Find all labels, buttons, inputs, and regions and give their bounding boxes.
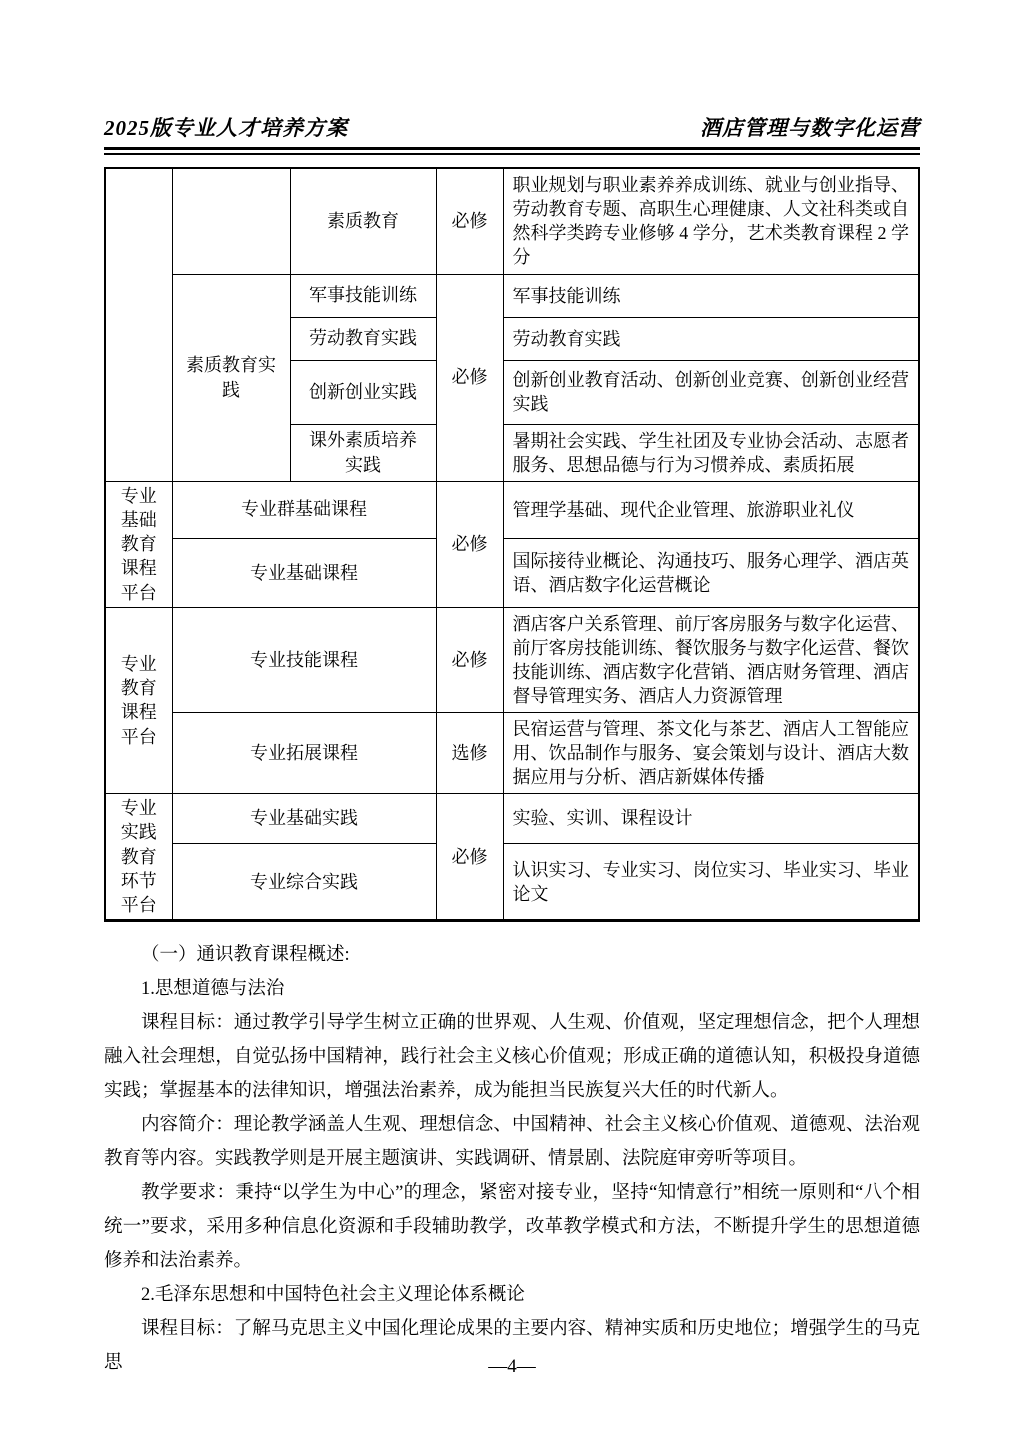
courses-cell: 创新创业教育活动、创新创业竞赛、创新创业经营实践	[503, 360, 919, 424]
courses-cell: 认识实习、专业实习、岗位实习、毕业实习、毕业论文	[503, 843, 919, 921]
paragraph-course-1-title: 1.思想道德与法治	[104, 972, 920, 1006]
table-row: 专业教育课程平台 专业技能课程 必修 酒店客户关系管理、前厅客房服务与数字化运营…	[105, 607, 919, 712]
courses-cell: 劳动教育实践	[503, 317, 919, 360]
table-row: 素质教育实践 军事技能训练 必修 军事技能训练	[105, 274, 919, 317]
type-cell: 必修	[436, 168, 503, 274]
type-cell: 必修	[436, 793, 503, 920]
page-header: 2025版专业人才培养方案 酒店管理与数字化运营	[104, 0, 920, 142]
courses-cell: 职业规划与职业素养养成训练、就业与创业指导、劳动教育专题、高职生心理健康、人文社…	[503, 168, 919, 274]
courses-cell: 管理学基础、现代企业管理、旅游职业礼仪	[503, 481, 919, 538]
courses-cell: 国际接待业概论、沟通技巧、服务心理学、酒店英语、酒店数字化运营概论	[503, 538, 919, 607]
category-cell: 专业基础课程	[172, 538, 436, 607]
table-row: 专业综合实践 认识实习、专业实习、岗位实习、毕业实习、毕业论文	[105, 843, 919, 921]
category-cell: 专业基础实践	[172, 793, 436, 843]
courses-cell: 酒店客户关系管理、前厅客房服务与数字化运营、前厅客房技能训练、餐饮服务与数字化运…	[503, 607, 919, 712]
type-cell: 必修	[436, 274, 503, 481]
category-cell: 创新创业实践	[290, 360, 436, 424]
paragraph-course-2-title: 2.毛泽东思想和中国特色社会主义理论体系概论	[104, 1278, 920, 1312]
courses-cell: 暑期社会实践、学生社团及专业协会活动、志愿者服务、思想品德与行为习惯养成、素质拓…	[503, 424, 919, 481]
paragraph-course-goal: 课程目标：通过教学引导学生树立正确的世界观、人生观、价值观，坚定理想信念，把个人…	[104, 1006, 920, 1108]
group-cell: 素质教育实践	[172, 274, 290, 481]
paragraph-course-intro: 内容简介：理论教学涵盖人生观、理想信念、中国精神、社会主义核心价值观、道德观、法…	[104, 1108, 920, 1176]
curriculum-table: 素质教育 必修 职业规划与职业素养养成训练、就业与创业指导、劳动教育专题、高职生…	[104, 167, 920, 922]
platform-cell: 专业教育课程平台	[105, 607, 172, 793]
doc-title: 2025版专业人才培养方案	[104, 112, 348, 142]
platform-cell: 专业基础教育课程平台	[105, 481, 172, 607]
category-cell: 课外素质培养实践	[290, 424, 436, 481]
header-divider	[104, 147, 920, 155]
category-cell: 专业技能课程	[172, 607, 436, 712]
page-number: —4—	[0, 1356, 1024, 1378]
category-cell: 素质教育	[290, 168, 436, 274]
category-cell: 军事技能训练	[290, 274, 436, 317]
category-cell: 专业群基础课程	[172, 481, 436, 538]
paragraph-teaching-requirements: 教学要求：秉持“以学生为中心”的理念，紧密对接专业，坚持“知情意行”相统一原则和…	[104, 1176, 920, 1278]
type-cell: 必修	[436, 607, 503, 712]
table-row: 专业拓展课程 选修 民宿运营与管理、茶文化与茶艺、酒店人工智能应用、饮品制作与服…	[105, 712, 919, 793]
body-text: （一）通识教育课程概述: 1.思想道德与法治 课程目标：通过教学引导学生树立正确…	[104, 938, 920, 1380]
platform-cell	[105, 168, 172, 481]
courses-cell: 军事技能训练	[503, 274, 919, 317]
program-title: 酒店管理与数字化运营	[700, 112, 920, 142]
table-row: 专业实践教育环节平台 专业基础实践 必修 实验、实训、课程设计	[105, 793, 919, 843]
platform-cell: 专业实践教育环节平台	[105, 793, 172, 920]
group-cell	[172, 168, 290, 274]
paragraph-section-heading: （一）通识教育课程概述:	[104, 938, 920, 972]
table-row: 专业基础教育课程平台 专业群基础课程 必修 管理学基础、现代企业管理、旅游职业礼…	[105, 481, 919, 538]
courses-cell: 实验、实训、课程设计	[503, 793, 919, 843]
document-page: 2025版专业人才培养方案 酒店管理与数字化运营 素质教育 必修 职业规划与职业…	[0, 0, 1024, 1448]
table-row: 素质教育 必修 职业规划与职业素养养成训练、就业与创业指导、劳动教育专题、高职生…	[105, 168, 919, 274]
category-cell: 劳动教育实践	[290, 317, 436, 360]
type-cell: 选修	[436, 712, 503, 793]
category-cell: 专业综合实践	[172, 843, 436, 921]
table-row: 专业基础课程 国际接待业概论、沟通技巧、服务心理学、酒店英语、酒店数字化运营概论	[105, 538, 919, 607]
type-cell: 必修	[436, 481, 503, 607]
courses-cell: 民宿运营与管理、茶文化与茶艺、酒店人工智能应用、饮品制作与服务、宴会策划与设计、…	[503, 712, 919, 793]
category-cell: 专业拓展课程	[172, 712, 436, 793]
